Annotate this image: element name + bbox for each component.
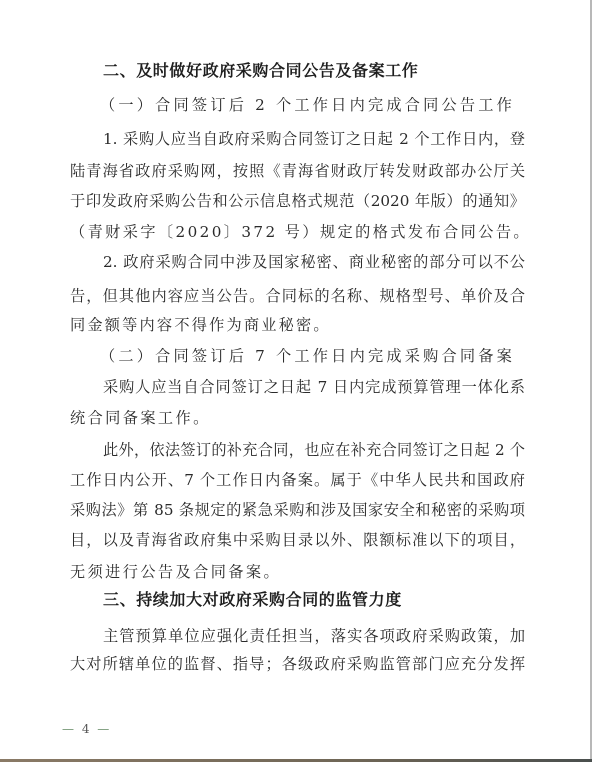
- page-number-value: 4: [82, 722, 92, 736]
- paragraph-line: 2. 政府采购合同中涉及国家秘密、商业秘密的部分可以不公: [103, 252, 525, 272]
- paragraph-line: 目，以及青海省政府集中采购目录以外、限额标准以下的项目，: [70, 530, 525, 550]
- paragraph-line: 告，但其他内容应当公告。合同标的名称、规格型号、单价及合: [70, 286, 525, 306]
- paragraph-line: 同金额等内容不得作为商业秘密。: [70, 315, 525, 335]
- paragraph-line: 工作日内公开、7 个工作日内备案。属于《中华人民共和国政府: [70, 470, 525, 490]
- paragraph-line: 于印发政府采购公告和公示信息格式规范（2020 年版）的通知》: [70, 191, 525, 211]
- paragraph-line: 统合同备案工作。: [70, 408, 525, 428]
- paragraph-line: 陆青海省政府采购网，按照《青海省财政厅转发财政部办公厅关: [70, 161, 525, 181]
- subsection-heading-1: （一）合同签订后 2 个工作日内完成合同公告工作: [100, 95, 555, 115]
- section-heading-2: 二、及时做好政府采购合同公告及备案工作: [103, 61, 558, 81]
- page-number: — 4 —: [62, 722, 111, 736]
- subsection-heading-2: （二）合同签订后 7 个工作日内完成采购合同备案: [100, 346, 555, 366]
- paragraph-line: （青财采字〔2020〕372 号）规定的格式发布合同公告。: [70, 222, 525, 242]
- page-number-dash-right: —: [97, 722, 111, 736]
- page-number-dash-left: —: [62, 722, 76, 736]
- paragraph-line: 此外，依法签订的补充合同，也应在补充合同签订之日起 2 个: [103, 440, 525, 460]
- paragraph-line: 采购法》第 85 条规定的紧急采购和涉及国家安全和秘密的采购项: [70, 500, 525, 520]
- section-heading-3: 三、持续加大对政府采购合同的监管力度: [103, 590, 558, 610]
- paragraph-line: 1. 采购人应当自政府采购合同签订之日起 2 个工作日内，登: [103, 129, 525, 149]
- paragraph-line: 主管预算单位应强化责任担当，落实各项政府采购政策，加: [103, 626, 525, 646]
- paragraph-line: 无须进行公告及合同备案。: [70, 562, 525, 582]
- paragraph-line: 采购人应当自合同签订之日起 7 日内完成预算管理一体化系: [103, 377, 525, 397]
- document-page: 二、及时做好政府采购合同公告及备案工作 （一）合同签订后 2 个工作日内完成合同…: [0, 0, 592, 759]
- paragraph-line: 大对所辖单位的监督、指导；各级政府采购监管部门应充分发挥: [70, 654, 525, 674]
